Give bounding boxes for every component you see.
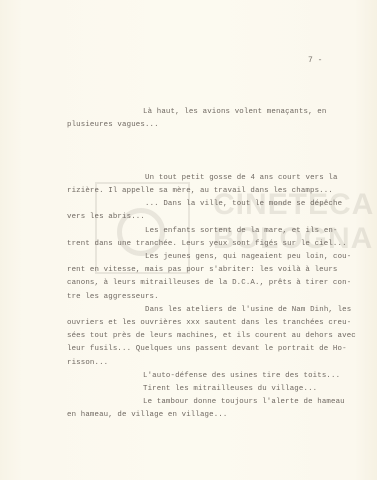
- page-number: 7 -: [308, 56, 322, 65]
- text-line: trent dans une tranchée. Leurs yeux sont…: [67, 240, 347, 249]
- text-line: ouvriers et les ouvrières xxx sautent da…: [67, 319, 351, 328]
- text-line: Les jeunes gens, qui nageaient peu loin,…: [145, 253, 351, 262]
- text-line: L'auto-défense des usines tire des toits…: [143, 372, 340, 381]
- text-line: Un tout petit gosse de 4 ans court vers …: [145, 174, 338, 183]
- text-line: Les enfants sortent de la mare, et ils e…: [145, 227, 338, 236]
- text-line: leur fusils... Quelques uns passent deva…: [67, 345, 347, 354]
- text-line: sées tout près de leurs machines, et ils…: [67, 332, 356, 341]
- text-line: rizière. Il appelle sa mère, au travail …: [67, 187, 333, 196]
- text-line: vers les abris...: [67, 213, 145, 222]
- text-line: Le tambour donne toujours l'alerte de ha…: [143, 398, 345, 407]
- text-line: Dans les ateliers de l'usine de Nam Dinh…: [145, 306, 351, 315]
- text-line: risson...: [67, 359, 108, 368]
- typewritten-page: CINETECA BOLOGNA 7 - Là haut, les avions…: [0, 0, 377, 480]
- text-line: en hameau, de village en village...: [67, 411, 227, 420]
- text-line: rent en vitesse, mais pas pour s'abriter…: [67, 266, 338, 275]
- text-line: tre les aggresseurs.: [67, 293, 159, 302]
- text-line: Tirent les mitrailleuses du village...: [143, 385, 317, 394]
- text-line: Là haut, les avions volent menaçants, en: [143, 108, 326, 117]
- text-line: canons, à leurs mitrailleuses de la D.C.…: [67, 279, 351, 288]
- text-line: ... Dans la ville, tout le monde se dépê…: [145, 200, 342, 209]
- text-line: plusieures vagues...: [67, 121, 159, 130]
